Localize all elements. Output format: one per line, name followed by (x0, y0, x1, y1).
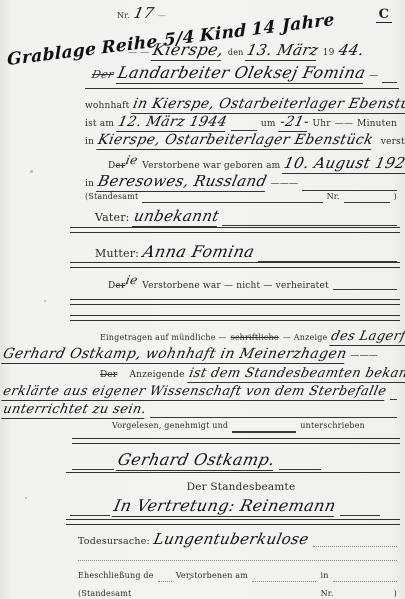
wohnhaft-label: wohnhaft (85, 101, 129, 111)
scan-artifact (25, 497, 27, 499)
unterschrieben-label: unterschrieben (300, 421, 365, 430)
um-label: um (261, 119, 276, 129)
father-line: Vater: unbekannt (95, 207, 397, 227)
cause-of-death-line: Todesursache: Lungentuberkulose (78, 530, 397, 548)
standesamt-label: (Standesamt (85, 192, 138, 201)
in-label: in (85, 179, 94, 189)
fill-line (279, 459, 321, 470)
known-statement-line2: erklärte aus eigener Wissenschaft von de… (3, 384, 397, 401)
divider-double-rule (70, 315, 400, 321)
lead-dashes: — — (128, 48, 149, 58)
dotted-fill-line (158, 571, 172, 582)
known-statement-value: ist dem Standesbeamten bekannt, er (187, 366, 405, 383)
nr-value: 17 (132, 4, 156, 22)
birth-date-line: D er ie Verstorbene war geboren am 10. A… (108, 154, 397, 174)
residence-value: in Kierspe, Ostarbeiterlager Ebenstück (132, 96, 405, 114)
death-place-value: Kierspe, Ostarbeiterlager Ebenstück (96, 132, 375, 150)
year-value: 44. (337, 41, 366, 59)
dotted-fill-line (313, 536, 397, 547)
known-statement-line3: unterrichtet zu sein. (3, 402, 397, 419)
scan-artifact (188, 578, 191, 580)
verstorbenen-am-label: Verstorbenen am (176, 571, 248, 580)
standesamt-reference-line-bottom: (Standesamt Nr. ) (78, 589, 397, 599)
divider-double-rule (70, 299, 400, 305)
fill-line (344, 192, 390, 203)
close-paren: ) (394, 589, 397, 598)
registrar-title-line: Der Standesbeamte (85, 481, 397, 493)
fill-line (302, 180, 397, 191)
margin-note-line: Grablage (7, 41, 96, 69)
standesamt-reference-line: (Standesamt Nr. ) (85, 192, 397, 204)
divider-double-rule (66, 519, 400, 525)
den-label: den (228, 48, 244, 57)
vater-label: Vater: (95, 211, 130, 224)
dotted-fill-line (252, 571, 316, 582)
standesbeamte-label: Der Standesbeamte (187, 481, 296, 493)
uhr-label: Uhr (312, 119, 330, 129)
rule-line (66, 472, 400, 473)
divider-double-rule (70, 227, 400, 233)
todesursache-label: Todesursache: (78, 536, 150, 547)
fill-line (390, 389, 397, 400)
mutter-label: Mutter: (95, 247, 139, 260)
geboren-label: Verstorbene war geboren am (142, 161, 280, 171)
scan-artifact (30, 170, 33, 173)
nr-label: Nr. (117, 11, 130, 20)
informant-known-line: Der Anzeigende ist dem Standesbeamten be… (100, 366, 397, 383)
informant-line: Gerhard Ostkamp, wohnhaft in Meinerzhage… (3, 346, 397, 364)
schriftliche-struck: schriftliche (231, 333, 279, 342)
fill-line (258, 251, 397, 262)
margin-note-line: 14 Jahre (251, 12, 335, 39)
century-label: 19 (323, 48, 335, 58)
vorgelesen-label: Vorgelesen, genehmigt und (112, 421, 228, 430)
scan-artifact (44, 300, 46, 302)
in-label: in (320, 571, 328, 580)
eingetragen-label: Eingetragen auf mündliche — (100, 333, 227, 342)
registrar-signature: In Vertretung: Reinemann (112, 496, 338, 517)
approval-line: Vorgelesen, genehmigt und unterschrieben (112, 421, 365, 434)
article-d: D (108, 281, 115, 291)
struck-article: Der (91, 68, 116, 81)
informant-signature: Gerhard Ostkamp. (116, 450, 277, 471)
place-value: Kierspe, (151, 40, 226, 61)
fill-line (72, 459, 114, 470)
nr-label: Nr. (321, 589, 334, 598)
death-date-value: 12. März 1944 (116, 114, 229, 132)
dotted-fill-line (333, 571, 397, 582)
marriage-line: Eheschließung de Verstorbenen am in (78, 571, 397, 583)
known-statement-value: unterrichtet zu sein. (1, 402, 148, 419)
dotted-rule-line (78, 560, 397, 561)
death-certificate-scan: Grablage Reihe 5/4 Kind 14 Jahre Nr. 17 … (0, 0, 405, 599)
registration-line: Eingetragen auf mündliche — schriftliche… (100, 329, 397, 346)
marital-label: Verstorbene war — nicht — verheiratet (142, 281, 329, 291)
article-d: D (108, 161, 115, 171)
fill-line (382, 72, 397, 83)
fill-line (340, 505, 380, 516)
father-value: unbekannt (131, 207, 220, 227)
dash: —— (335, 119, 353, 129)
mother-value: Anna Fomina (141, 242, 257, 263)
close-paren: ) (394, 192, 397, 201)
fill-line (231, 120, 257, 131)
informant-role-value: des Lagerführers (330, 329, 405, 346)
divider-double-rule (72, 438, 400, 444)
deceased-name-line: Der Landarbeiter Oleksej Fomina — (92, 63, 397, 84)
trailing-dash: ——— (271, 179, 299, 189)
dotted-fill-line (338, 589, 390, 599)
cause-of-death-value: Lungentuberkulose (152, 530, 311, 548)
anzeige-label: — Anzeige (283, 333, 328, 342)
date-value: 13. März (245, 41, 320, 61)
in-label: in (85, 137, 94, 147)
mother-line: Mutter: Anna Fomina (95, 242, 397, 263)
fill-line (333, 279, 397, 290)
place-date-line: — — Kierspe, den 13. März 19 44. (128, 40, 397, 61)
known-statement-value: erklärte aus eigener Wissenschaft von de… (1, 384, 388, 401)
residence-line: wohnhaft in Kierspe, Ostarbeiterlager Eb… (85, 96, 397, 114)
article-ie-handwritten: ie (125, 273, 140, 287)
anzeigende-label: Anzeigende (129, 370, 184, 380)
informant-signature-line: Gerhard Ostkamp. (72, 450, 375, 471)
der-struck: Der (100, 370, 117, 380)
article-ie-handwritten: ie (125, 153, 140, 167)
birth-date-value: 10. August 1929 (282, 154, 405, 174)
verstorben-label: verstorben. (381, 137, 405, 147)
dotted-fill-line (135, 589, 316, 599)
fill-line (232, 421, 296, 433)
death-date-line: ist am 12. März 1944 um -21- Uhr —— Minu… (85, 114, 397, 132)
marital-status-line: D er ie Verstorbene war — nicht — verhei… (108, 277, 397, 291)
death-place-line: in Kierspe, Ostarbeiterlager Ebenstück v… (85, 132, 397, 150)
nr-dash: — (158, 11, 166, 20)
death-hour-value: -21- (278, 114, 311, 132)
registrar-signature-line: In Vertretung: Reinemann (70, 496, 380, 517)
standesamt-label: (Standesamt (78, 589, 131, 598)
divider-double-rule (70, 262, 400, 268)
eheschliessung-label: Eheschließung de (78, 571, 154, 580)
record-number: Nr. 17 — (117, 4, 166, 22)
trailing-dash: — (369, 71, 378, 81)
fill-line (222, 215, 397, 226)
rule-line (85, 88, 399, 89)
fill-line (70, 505, 110, 516)
ist-am-label: ist am (85, 119, 114, 129)
birth-place-value: Beresowes, Russland (96, 172, 269, 192)
corner-letter: C (376, 7, 392, 23)
trailing-dash: ——— (350, 351, 378, 361)
deceased-name-value: Landarbeiter Oleksej Fomina (116, 63, 368, 84)
informant-value: Gerhard Ostkamp, wohnhaft in Meinerzhage… (1, 346, 348, 364)
nr-label: Nr. (327, 192, 340, 201)
birth-place-line: in Beresowes, Russland ——— (85, 172, 397, 192)
fill-line (142, 192, 322, 203)
minuten-label: Minuten (357, 119, 397, 129)
fill-line (150, 407, 397, 418)
